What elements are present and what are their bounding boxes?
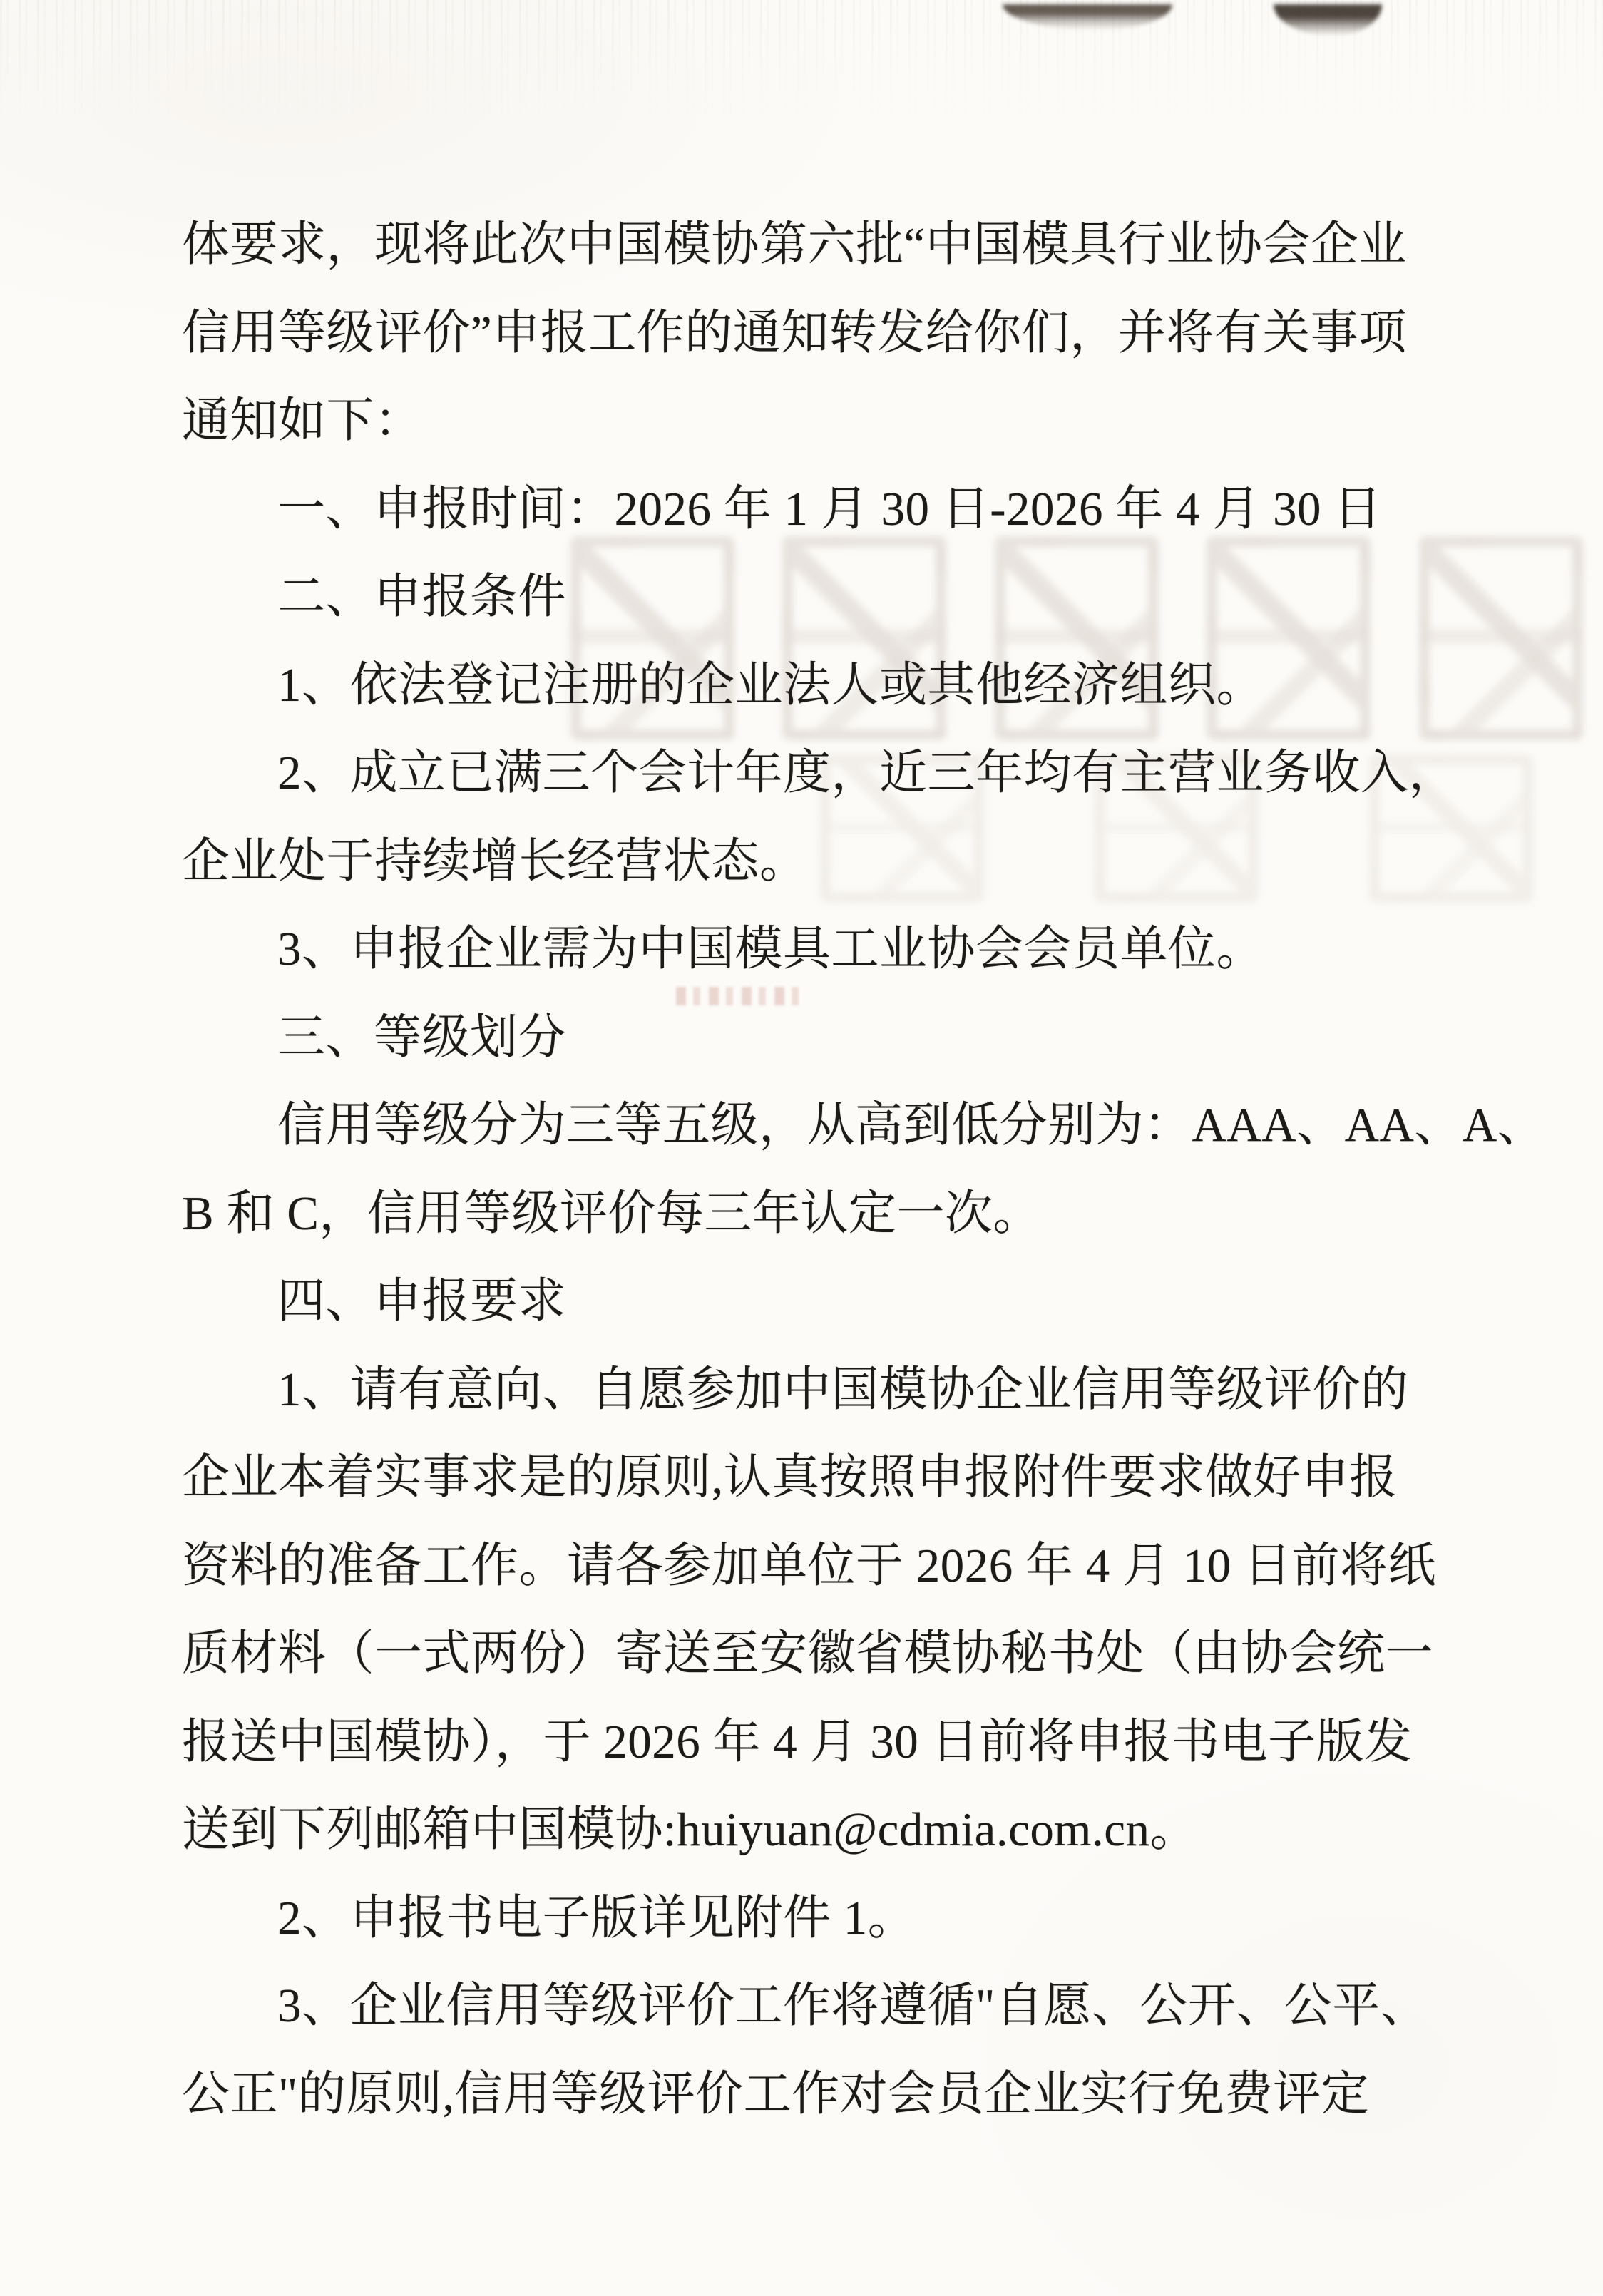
text-line-6: 1、依法登记注册的企业法人或其他经济组织。: [182, 642, 1426, 730]
text-line-5: 二、申报条件: [182, 553, 1426, 642]
notice-body-text: 体要求，现将此次中国模协第六批“中国模具行业协会企业信用等级评价”申报工作的通知…: [182, 201, 1426, 2138]
text-line-17: 质材料（一式两份）寄送至安徽省模协秘书处（由协会统一: [182, 1610, 1426, 1698]
text-line-3: 通知如下：: [182, 377, 1426, 466]
text-line-21: 3、企业信用等级评价工作将遵循"自愿、公开、公平、: [182, 1962, 1426, 2051]
text-line-2: 信用等级评价”申报工作的通知转发给你们，并将有关事项: [182, 289, 1426, 378]
text-line-11: 信用等级分为三等五级，从高到低分别为：AAA、AA、A、: [182, 1082, 1426, 1170]
text-line-18: 报送中国模协），于 2026 年 4 月 30 日前将申报书电子版发: [182, 1698, 1426, 1787]
text-line-22: 公正"的原则,信用等级评价工作对会员企业实行免费评定: [182, 2051, 1426, 2139]
text-line-19: 送到下列邮箱中国模协:huiyuan@cdmia.com.cn。: [182, 1786, 1426, 1875]
text-line-10: 三、等级划分: [182, 994, 1426, 1082]
scanned-document-page: 体要求，现将此次中国模协第六批“中国模具行业协会企业信用等级评价”申报工作的通知…: [0, 0, 1603, 2296]
text-line-7: 2、成立已满三个会计年度，近三年均有主营业务收入，: [182, 729, 1426, 818]
text-line-16: 资料的准备工作。请各参加单位于 2026 年 4 月 10 日前将纸: [182, 1522, 1426, 1611]
text-line-1: 体要求，现将此次中国模协第六批“中国模具行业协会企业: [182, 201, 1426, 289]
text-line-13: 四、申报要求: [182, 1258, 1426, 1346]
text-line-9: 3、申报企业需为中国模具工业协会会员单位。: [182, 906, 1426, 994]
text-line-12: B 和 C，信用等级评价每三年认定一次。: [182, 1170, 1426, 1259]
text-line-14: 1、请有意向、自愿参加中国模协企业信用等级评价的: [182, 1346, 1426, 1435]
text-line-4: 一、申报时间：2026 年 1 月 30 日-2026 年 4 月 30 日: [182, 466, 1426, 554]
text-line-8: 企业处于持续增长经营状态。: [182, 818, 1426, 906]
text-line-20: 2、申报书电子版详见附件 1。: [182, 1875, 1426, 1963]
text-line-15: 企业本着实事求是的原则,认真按照申报附件要求做好申报: [182, 1434, 1426, 1522]
